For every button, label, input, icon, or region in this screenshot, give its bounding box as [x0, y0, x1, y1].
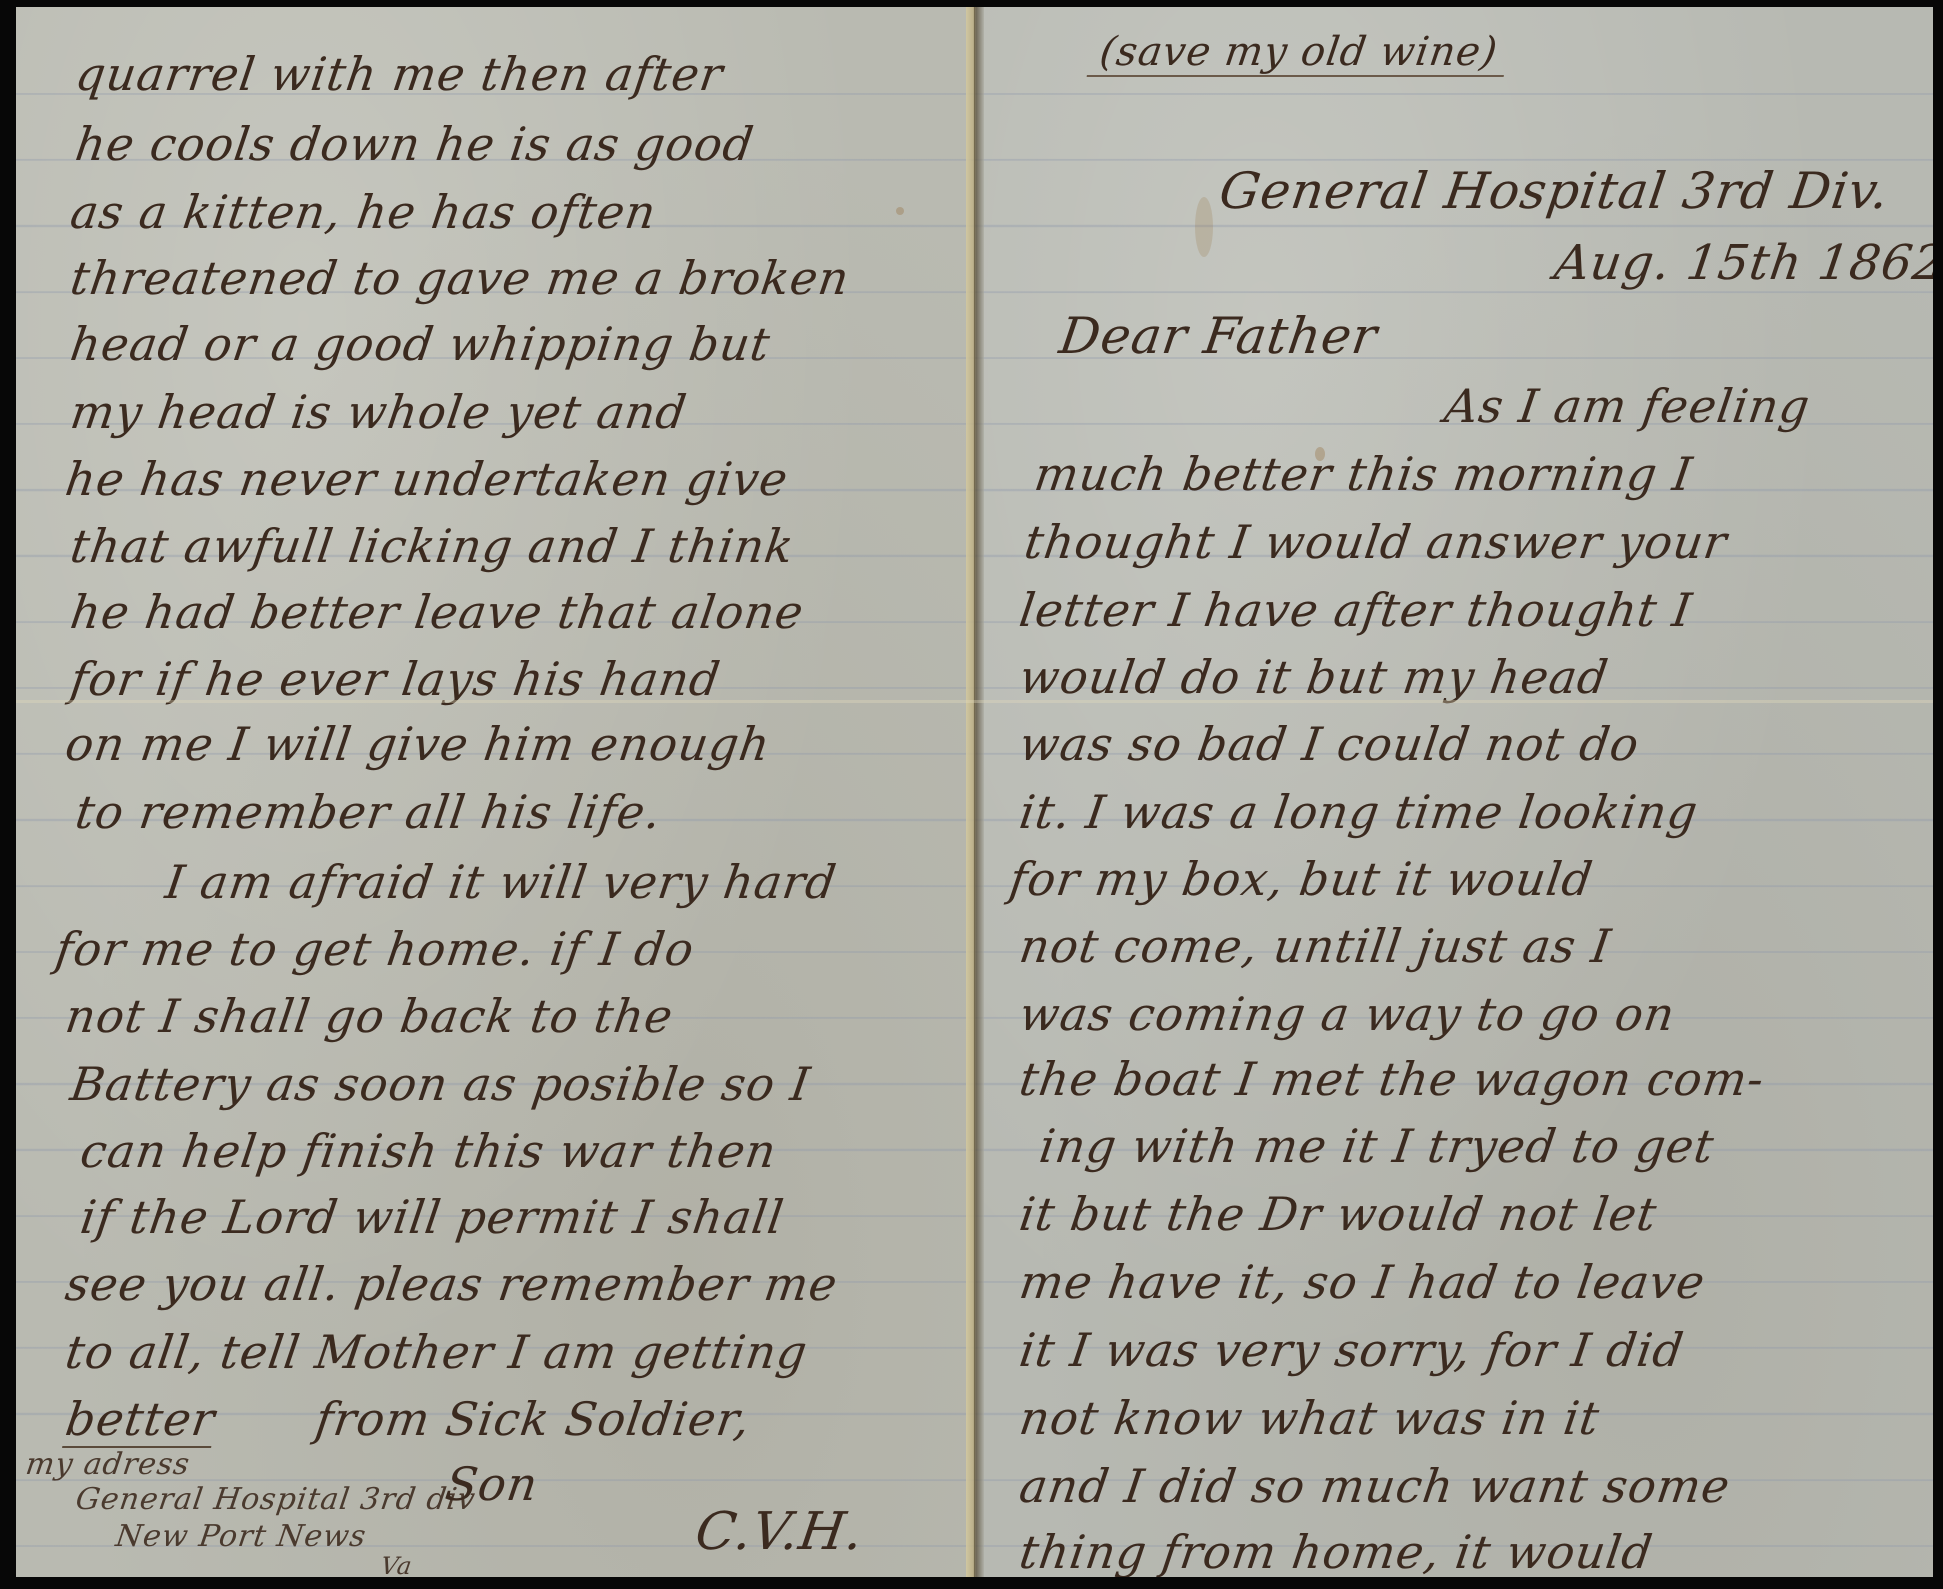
letter-line: not I shall go back to the [62, 989, 677, 1043]
letter-line: threatened to gave me a broken [67, 251, 853, 305]
letter-line: As I am feeling [1441, 379, 1813, 433]
letter-line: not know what was in it [1016, 1391, 1603, 1445]
postscript-note: (save my old wine) [1087, 29, 1511, 77]
letter-line: for my box, but it would [1006, 852, 1596, 906]
letter-line: quarrel with me then after [72, 47, 727, 101]
letter-line: me have it, so I had to leave [1016, 1255, 1709, 1309]
letter-line: he has never undertaken give [62, 452, 792, 506]
letter-page-left: quarrel with me then after he cools down… [16, 7, 974, 1577]
signature: C.V.H. [692, 1502, 868, 1562]
letter-line: he had better leave that alone [67, 585, 807, 639]
letter-line: he cools down he is as good [72, 117, 757, 171]
letter-line: head or a good whipping but [67, 317, 774, 371]
letter-line: it. I was a long time looking [1016, 785, 1701, 839]
letter-line: not come, untill just as I [1016, 919, 1614, 973]
letter-line: thing from home, it would [1016, 1525, 1656, 1577]
letter-line: that awfull licking and I think [67, 519, 797, 573]
letter-page-right: (save my old wine) General Hospital 3rd … [975, 7, 1933, 1577]
letter-line: ing with me it I tryed to get [1036, 1119, 1718, 1173]
ink-spot [896, 207, 904, 215]
stain [1195, 197, 1213, 257]
letter-line: letter I have after thought I [1016, 583, 1696, 637]
letter-line: the boat I met the wagon com- [1016, 1052, 1768, 1106]
letter-line: it but the Dr would not let [1016, 1187, 1660, 1241]
page-fold [966, 7, 984, 1577]
sender-line: from Sick Soldier, [312, 1392, 754, 1446]
letter-line: was coming a way to go on [1016, 987, 1678, 1041]
letter-line: see you all. pleas remember me [62, 1257, 841, 1311]
letter-line: if the Lord will permit I shall [77, 1190, 787, 1244]
letter-line: was so bad I could not do [1016, 717, 1643, 771]
horizontal-crease [16, 700, 1933, 703]
letter-line: I am afraid it will very hard [162, 855, 840, 909]
address-line: New Port News [114, 1519, 369, 1554]
letter-line: as a kitten, he has often [67, 185, 660, 239]
closing-son: Son [442, 1457, 541, 1511]
letter-line: it I was very sorry, for I did [1016, 1323, 1687, 1377]
letter-line: my head is whole yet and [67, 385, 690, 439]
address-line: General Hospital 3rd div [74, 1482, 478, 1517]
letter-line: for if he ever lays his hand [67, 652, 724, 706]
letter-line: to all, tell Mother I am getting [62, 1325, 811, 1379]
letter-line: would do it but my head [1016, 650, 1612, 704]
letter-line: can help finish this war then [77, 1124, 780, 1178]
letter-line: to remember all his life. [72, 785, 665, 839]
letter-line: on me I will give him enough [62, 717, 774, 771]
heading-location: General Hospital 3rd Div. [1216, 162, 1893, 220]
letter-line: and I did so much want some [1016, 1459, 1734, 1513]
letter-line: Battery as soon as posible so I [67, 1057, 814, 1111]
heading-date: Aug. 15th 1862 [1551, 235, 1933, 291]
letter-line: for me to get home. if I do [52, 922, 698, 976]
salutation: Dear Father [1056, 307, 1381, 365]
address-line: Va [379, 1552, 414, 1577]
letter-line: better [62, 1392, 219, 1448]
letter-line: thought I would answer your [1021, 515, 1731, 569]
address-label: my adress [24, 1447, 193, 1482]
letter-line: much better this morning I [1031, 447, 1696, 501]
